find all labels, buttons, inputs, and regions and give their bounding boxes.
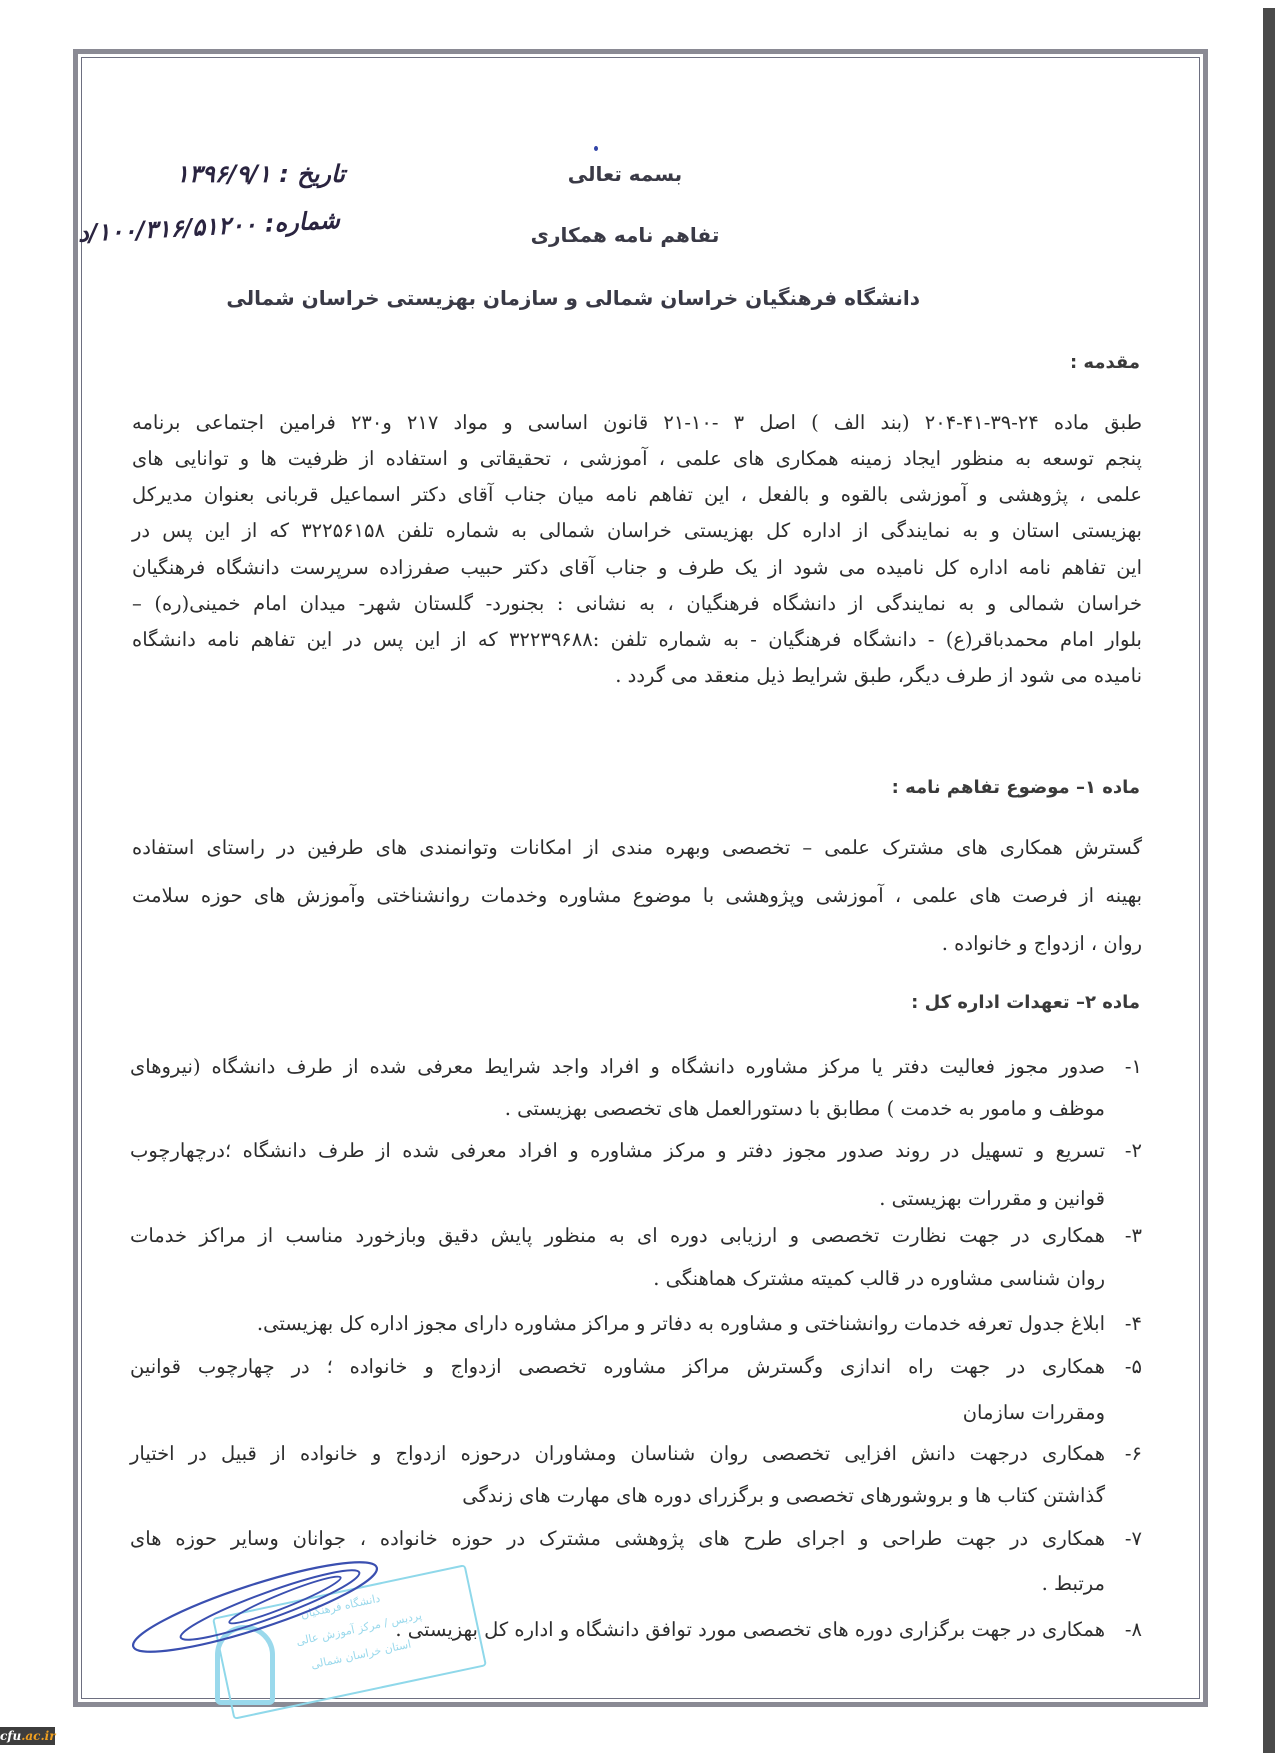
intro-line: این تفاهم نامه اداره کل نامیده می شود از… — [132, 556, 1142, 579]
item-line: ومقررات سازمان — [130, 1401, 1105, 1424]
number-label: شماره: — [264, 206, 340, 238]
intro-heading: مقدمه : — [1070, 352, 1140, 373]
document-title: تفاهم نامه همکاری — [450, 223, 800, 247]
item-line: تسریع و تسهیل در روند صدور مجوز دفتر و م… — [130, 1139, 1105, 1162]
item-line: موظف و مامور به خدمت ) مطابق با دستورالع… — [130, 1097, 1105, 1120]
article-2-heading: ماده ۲– تعهدات اداره کل : — [911, 992, 1140, 1013]
item-line: همکاری در جهت نظارت تخصصی و ارزیابی دوره… — [130, 1224, 1105, 1247]
item-line: ابلاغ جدول تعرفه خدمات روانشناختی و مشاو… — [130, 1312, 1105, 1335]
invocation-title: بسمه تعالی — [450, 162, 800, 186]
intro-line: پنجم توسعه به منظور ایجاد زمینه همکاری ه… — [132, 447, 1142, 470]
item-line: روان شناسی مشاوره در قالب کمیته مشترک هم… — [130, 1267, 1105, 1290]
intro-line: علمی ، پژوهشی و آموزشی بالقوه و بالفعل ،… — [132, 483, 1142, 506]
article-1-heading: ماده ۱– موضوع تفاهم نامه : — [892, 777, 1140, 798]
intro-line: نامیده می شود از طرف دیگر، طبق شرایط ذیل… — [132, 664, 1142, 687]
item-line: همکاری در جهت طراحی و اجرای طرح های پژوه… — [130, 1527, 1105, 1550]
item-number: ۷- — [1112, 1527, 1142, 1550]
item-line: همکاری در جهت راه اندازی وگسترش مراکز مش… — [130, 1355, 1105, 1378]
intro-line: خراسان شمالی و به نمایندگی از دانشگاه فر… — [132, 592, 1142, 615]
badge-part-1: cfu — [0, 1729, 21, 1743]
item-number: ۵- — [1112, 1355, 1142, 1378]
item-number: ۶- — [1112, 1442, 1142, 1465]
item-number: ۴- — [1112, 1312, 1142, 1335]
article-1-line: روان ، ازدواج و خانواده . — [132, 932, 1142, 955]
badge-part-2: .ac.ir — [21, 1729, 55, 1743]
item-number: ۸- — [1112, 1618, 1142, 1641]
item-line: قوانین و مقررات بهزیستی . — [130, 1187, 1105, 1210]
date-value: ۱۳۹۶/۹/۱ — [176, 160, 271, 188]
letter-date: تاریخ : ۱۳۹۶/۹/۱ — [160, 160, 345, 188]
item-number: ۱- — [1112, 1055, 1142, 1078]
parties-title: دانشگاه فرهنگیان خراسان شمالی و سازمان ب… — [340, 286, 920, 310]
article-1-line: گسترش همکاری های مشترک علمی – تخصصی وبهر… — [132, 836, 1142, 859]
date-label: تاریخ : — [279, 160, 345, 188]
ink-dot — [594, 146, 598, 151]
signature-icon — [120, 1555, 390, 1655]
item-number: ۳- — [1112, 1224, 1142, 1247]
item-line: صدور مجوز فعالیت دفتر یا مرکز مشاوره دان… — [130, 1055, 1105, 1078]
item-number: ۲- — [1112, 1139, 1142, 1162]
intro-line: بهزیستی استان و به نمایندگی از اداره کل … — [132, 519, 1142, 542]
site-watermark-badge: cfu.ac.ir — [0, 1727, 55, 1745]
item-line: همکاری درجهت دانش افزایی تخصصی روان شناس… — [130, 1442, 1105, 1465]
item-line: گذاشتن کتاب ها و بروشورهای تخصصی و برگزر… — [130, 1484, 1105, 1507]
article-1-line: بهینه از فرصت های علمی ، آموزشی وپژوهشی … — [132, 884, 1142, 907]
intro-line: بلوار امام محمدباقر(ع) - دانشگاه فرهنگیا… — [132, 628, 1142, 651]
scan-edge-strip — [1263, 8, 1275, 1753]
intro-line: طبق ماده ۲۴-۳۹-۴۱-۲۰۴ (بند الف ) اصل ۳ -… — [132, 411, 1142, 434]
